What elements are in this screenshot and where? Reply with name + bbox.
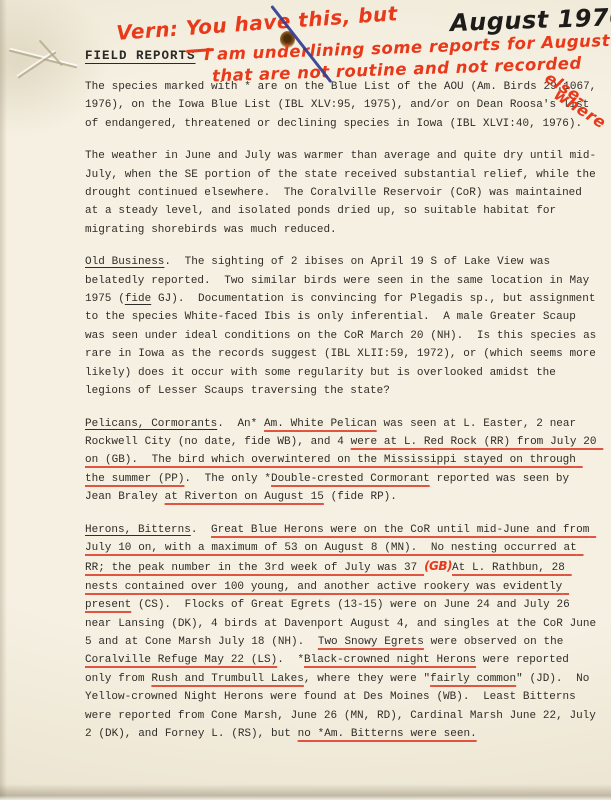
red-underlined-text: at Riverton on August 15	[165, 491, 324, 503]
section-heading: Herons, Bitterns	[85, 524, 191, 536]
section-heading: Old Business	[85, 256, 164, 268]
text-segment: . *	[277, 654, 304, 666]
page-title: FIELD REPORTS	[85, 48, 196, 65]
red-underlined-text: no *Am. Bitterns were seen.	[298, 728, 477, 740]
paragraph: The species marked with * are on the Blu…	[85, 78, 601, 133]
handwritten-insertion: (GB)	[424, 559, 452, 573]
text-segment: were observed on the	[424, 636, 570, 648]
text-segment: (fide RP).	[324, 491, 397, 503]
paragraph: Herons, Bitterns. Great Blue Herons were…	[85, 521, 601, 744]
paragraph: The weather in June and July was warmer …	[85, 147, 601, 239]
paragraph: Pelicans, Cormorants. An* Am. White Peli…	[85, 415, 601, 507]
underlined-text: fide	[125, 293, 151, 305]
red-underlined-text: fairly common	[430, 673, 516, 685]
text-segment: .	[191, 524, 211, 536]
paragraph: Old Business. The sighting of 2 ibises o…	[85, 253, 601, 400]
text-segment: The weather in June and July was warmer …	[85, 150, 603, 236]
red-underlined-text: Am. White Pelican	[264, 418, 377, 430]
section-heading: Pelicans, Cormorants	[85, 418, 217, 430]
red-underlined-text: Two Snowy Egrets	[318, 636, 424, 648]
scanned-page: August 1976 Vern: You have this, but I a…	[0, 0, 611, 800]
text-segment: GJ). Documentation is convincing for Ple…	[85, 293, 603, 397]
document-body: The species marked with * are on the Blu…	[85, 78, 601, 743]
text-segment: The species marked with * are on the Blu…	[85, 81, 603, 130]
text-segment: . The only *	[184, 473, 271, 485]
text-segment: . An*	[217, 418, 264, 430]
text-segment: , where they were "	[304, 673, 430, 685]
red-underlined-text: Rush and Trumbull Lakes	[151, 673, 303, 685]
red-underlined-text: Black-crowned night Herons	[304, 654, 476, 666]
red-underlined-text: Coralville Refuge May 22 (LS)	[85, 654, 277, 666]
red-underlined-text: Double-crested Cormorant	[271, 473, 430, 485]
page-left-edge-shadow	[0, 0, 7, 800]
